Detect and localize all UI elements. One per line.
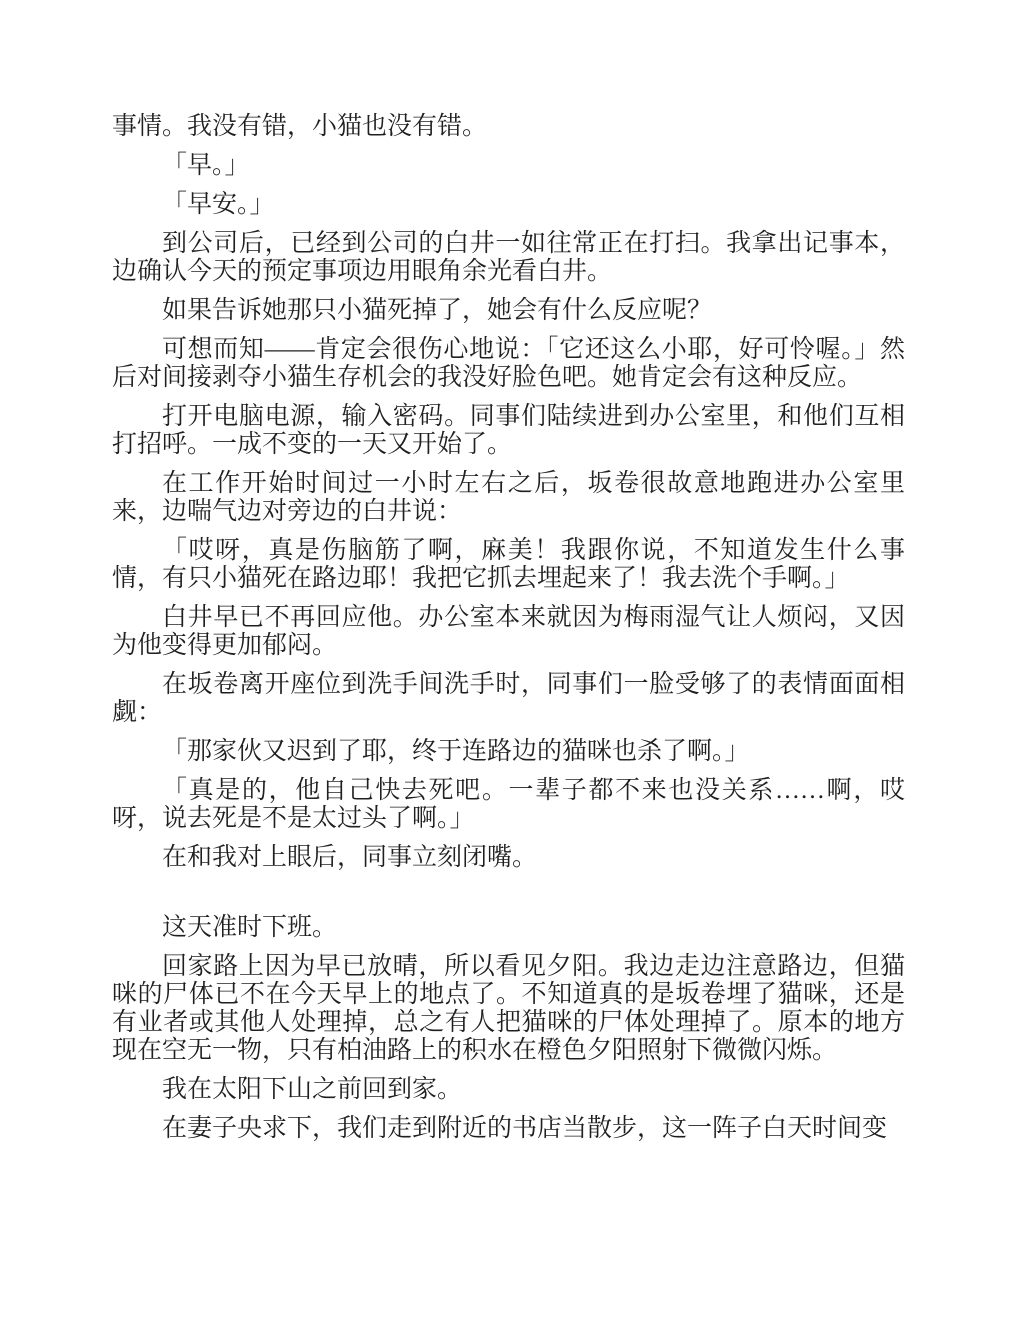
paragraph: 「真是的，他自己快去死吧。一辈子都不来也没关系……啊，哎呀，说去死是不是太过头了… [112, 777, 905, 833]
paragraph: 事情。我没有错，小猫也没有错。 [112, 113, 905, 141]
scene-break-spacer [112, 883, 905, 903]
paragraph: 到公司后，已经到公司的白井一如往常正在打扫。我拿出记事本，边确认今天的预定事项边… [112, 230, 905, 286]
paragraph: 在和我对上眼后，同事立刻闭嘴。 [112, 844, 905, 872]
paragraph: 白井早已不再回应他。办公室本来就因为梅雨湿气让人烦闷，又因为他变得更加郁闷。 [112, 604, 905, 660]
paragraph: 回家路上因为早已放晴，所以看见夕阳。我边走边注意路边，但猫咪的尸体已不在今天早上… [112, 953, 905, 1065]
paragraph: 在工作开始时间过一小时左右之后，坂卷很故意地跑进办公室里来，边喘气边对旁边的白井… [112, 470, 905, 526]
paragraph: 在妻子央求下，我们走到附近的书店当散步，这一阵子白天时间变 [112, 1115, 905, 1143]
paragraph: 如果告诉她那只小猫死掉了，她会有什么反应呢？ [112, 297, 905, 325]
paragraph: 我在太阳下山之前回到家。 [112, 1076, 905, 1104]
paragraph: 在坂卷离开座位到洗手间洗手时，同事们一脸受够了的表情面面相觑： [112, 671, 905, 727]
paragraph: 「那家伙又迟到了耶，终于连路边的猫咪也杀了啊。」 [112, 738, 905, 766]
story-text-block: 事情。我没有错，小猫也没有错。「早。」「早安。」到公司后，已经到公司的白井一如往… [112, 113, 905, 1143]
paragraph: 这天准时下班。 [112, 914, 905, 942]
paragraph: 打开电脑电源，输入密码。同事们陆续进到办公室里，和他们互相打招呼。一成不变的一天… [112, 403, 905, 459]
paragraph: 可想而知——肯定会很伤心地说：「它还这么小耶，好可怜喔。」然后对间接剥夺小猫生存… [112, 336, 905, 392]
paragraph: 「早安。」 [112, 191, 905, 219]
paragraph: 「哎呀，真是伤脑筋了啊，麻美！我跟你说，不知道发生什么事情，有只小猫死在路边耶！… [112, 537, 905, 593]
document-page: 事情。我没有错，小猫也没有错。「早。」「早安。」到公司后，已经到公司的白井一如往… [0, 0, 1020, 1320]
paragraph: 「早。」 [112, 152, 905, 180]
